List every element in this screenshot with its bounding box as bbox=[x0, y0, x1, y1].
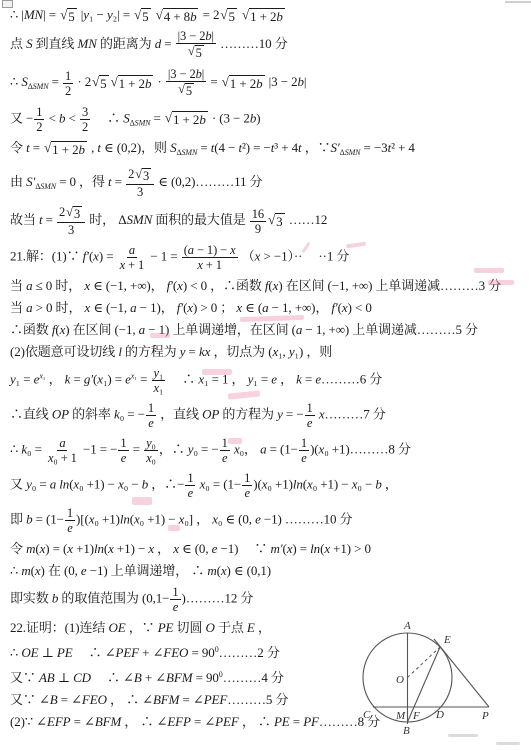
math-line: ∴函数 f(x) 在区间 (−1, a − 1) 上单调递增，在区间 (a − … bbox=[10, 320, 531, 340]
math-line: 令 m(x) = (x +1)ln(x +1) − x ， x ∈ (0, e … bbox=[10, 539, 531, 559]
point-label-A: A bbox=[403, 620, 411, 632]
math-line: ∴ m(x) 在 (0, e −1) 上单调递增， ∴ m(x) ∈ (0,1) bbox=[10, 561, 531, 581]
math-line: 由 S′ΔSMN = 0 ，得 t = 2√33 ∈ (0,2)………11 分 bbox=[10, 165, 531, 201]
math-line: 令 t = √1 + 2b , t ∈ (0,2)，则 SΔSMN = t(4 … bbox=[10, 138, 531, 163]
point-label-O: O bbox=[396, 674, 404, 686]
math-line: y₁ = ex₁ ， k = g′(x₁) = ex₁ = y₁x₁ ∴ x₁ … bbox=[10, 364, 531, 397]
point-label-F: F bbox=[412, 710, 420, 722]
math-line: 21.解：(1)∵ f′(x) = ax + 1 − 1 = (a − 1) −… bbox=[10, 241, 531, 274]
geometry-diagram: A E O C M F D B P bbox=[356, 612, 531, 751]
math-line: ∴ SΔSMN = 12 · 2√5√1 + 2b · |3 − 2b|√5 =… bbox=[10, 65, 531, 101]
grader-mark bbox=[474, 268, 504, 273]
math-line: 当 a ≤ 0 时， x ∈ (−1, +∞)， f′(x) < 0 ，∴函数 … bbox=[10, 276, 531, 296]
math-line: 点 S 到直线 MN 的距离为 d = |3 − 2b|√5 ………10 分 bbox=[10, 27, 531, 63]
grader-mark bbox=[202, 369, 232, 375]
point-label-C: C bbox=[363, 709, 371, 721]
math-line: 当 a > 0 时， x ∈ (−1, a − 1)， f′(x) > 0 ； … bbox=[10, 298, 531, 318]
scan-smudge bbox=[448, 734, 478, 737]
grader-mark bbox=[228, 438, 242, 444]
math-line: (2)依题意可设切线 l 的方程为 y = kx ，切点为 (x₁, y₁) ，… bbox=[10, 342, 531, 362]
scan-artifact-edge bbox=[505, 1, 531, 3]
grader-mark bbox=[150, 333, 170, 338]
scan-smudge bbox=[496, 742, 520, 745]
point-label-B: B bbox=[403, 725, 410, 737]
point-label-E: E bbox=[443, 634, 451, 646]
grader-mark bbox=[132, 497, 152, 505]
tangent-EP bbox=[434, 639, 489, 707]
grader-mark bbox=[168, 525, 180, 531]
math-line: 故当 t = 2√33 时， ΔSMN 面积的最大值是 169√3 ……12 bbox=[10, 203, 531, 239]
point-label-P: P bbox=[481, 710, 489, 722]
grader-mark bbox=[488, 280, 514, 285]
math-line: ∴ k₀ = ax₀ + 1 −1 = −1e = y₀x₀，∴ y₀ = −1… bbox=[10, 434, 531, 467]
point-label-D: D bbox=[435, 709, 444, 721]
math-line: 即 b = (1−1e)[(x₀ +1)ln(x₀ +1) − x₀] ， x₀… bbox=[10, 504, 531, 537]
math-line: 又 y₀ = a ln(x₀ +1) − x₀ − b ，∴−1e x₀ = (… bbox=[10, 469, 531, 502]
point-label-M: M bbox=[395, 710, 406, 722]
radius-OE-dashed bbox=[408, 647, 441, 678]
math-line: ∴ |MN| = √5 |y₁ − y₂| = √5 √4 + 8b = 2√5… bbox=[10, 5, 531, 25]
math-line: 又 −12 < b < 32 ∴ SΔSMN = √1 + 2b · (3 − … bbox=[10, 103, 531, 136]
math-line: ∴直线 OP 的斜率 k₀ = −1e ，直线 OP 的方程为 y = −1e … bbox=[10, 399, 531, 432]
